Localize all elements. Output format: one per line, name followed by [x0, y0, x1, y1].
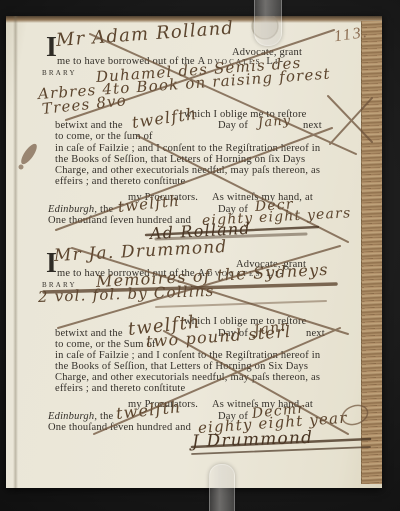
printed-brary: brary [42, 67, 77, 78]
ink-smudge [18, 142, 39, 170]
printed-betwixt: betwixt and the [55, 120, 123, 131]
signature: J Drummond [192, 428, 314, 452]
photo-background: 113. I Mr Adam Rolland Advocate, grant m… [0, 0, 400, 511]
sign-day: twelfth [115, 397, 182, 423]
printed-edinburgh-line: Edinburgh, the [48, 411, 113, 422]
restore-month: Jany [257, 113, 292, 131]
gutter-crease [13, 16, 18, 488]
printed-effeirs: effeirs ; and thereto conſtitute [55, 383, 185, 394]
printed-day-of: Day of [218, 120, 248, 131]
printed-failzie: in caſe of Failzie ; and I conſent to th… [55, 350, 320, 361]
printed-betwixt: betwixt and the [55, 328, 123, 339]
printed-the: the [100, 411, 113, 422]
borrower-name: Mr Ja. Drummond [53, 237, 228, 266]
printed-sum-of: to come, or the Sum of [55, 339, 156, 350]
printed-next: next [303, 120, 322, 131]
book-fore-edge [361, 21, 382, 484]
printed-charge: Charge, and other executorials needful, … [55, 165, 320, 176]
printed-edinburgh: Edinburgh, [48, 204, 97, 215]
printed-books-session: the Books of Seſſion, that Letters of Ho… [55, 154, 305, 165]
printed-edinburgh: Edinburgh, [48, 411, 97, 422]
book-page: 113. I Mr Adam Rolland Advocate, grant m… [6, 16, 382, 488]
printed-edinburgh-line: Edinburgh, the [48, 204, 113, 215]
printed-the: the [100, 204, 113, 215]
printed-failzie: in caſe of Failzie ; and I conſent to th… [55, 143, 320, 154]
printed-books-session: the Books of Seſſion, that Letters of Ho… [55, 361, 308, 372]
clamp-strap-top [254, 0, 282, 46]
printed-effeirs: effeirs ; and thereto conſtitute [55, 176, 185, 187]
printed-charge: Charge, and other executorials needful, … [55, 372, 320, 383]
sign-day: twelfth [117, 192, 181, 216]
printed-next: next [306, 328, 325, 339]
printed-sum-of: to come, or the ſum of [55, 131, 153, 142]
clamp-strap-bottom [209, 464, 235, 511]
restore-day: twelfth [131, 104, 199, 132]
printed-thousand: One thouſand ſeven hundred and [48, 422, 191, 433]
